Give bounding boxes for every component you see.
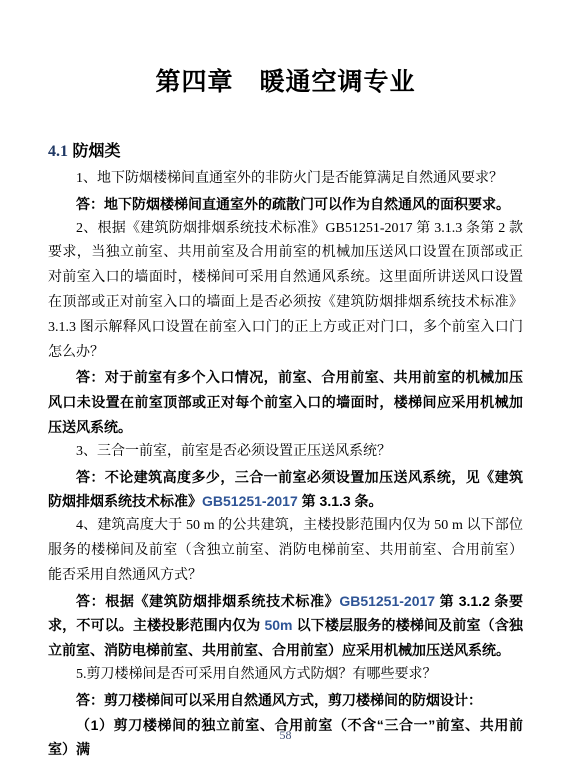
answer-paragraph: 答：不论建筑高度多少，三合一前室必须设置加压送风系统，见《建筑防烟排烟系统技术标… bbox=[48, 465, 523, 515]
text-run: 1、地下防烟楼梯间直通室外的非防火门是否能算满足自然通风要求？ bbox=[76, 171, 503, 186]
page-number: 58 bbox=[0, 728, 571, 743]
answer-paragraph: 答：地下防烟楼梯间直通室外的疏散门可以作为自然通风的面积要求。 bbox=[48, 192, 523, 217]
text-run: 5.剪刀楼梯间是否可采用自然通风方式防烟？有哪些要求？ bbox=[76, 667, 437, 682]
answer-paragraph: 答：剪刀楼梯间可以采用自然通风方式，剪刀楼梯间的防烟设计： bbox=[48, 688, 523, 713]
text-run: 答：地下防烟楼梯间直通室外的疏散门可以作为自然通风的面积要求。 bbox=[76, 196, 510, 212]
question-paragraph: 1、地下防烟楼梯间直通室外的非防火门是否能算满足自然通风要求？ bbox=[48, 167, 523, 192]
answer-paragraph: 答：对于前室有多个入口情况，前室、合用前室、共用前室的机械加压风口未设置在前室顶… bbox=[48, 365, 523, 439]
question-paragraph: 4、建筑高度大于 50 m 的公共建筑，主楼投影范围内仅为 50 m 以下部位服… bbox=[48, 514, 523, 588]
text-run: 答：根据《建筑防烟排烟系统技术标准》 bbox=[76, 593, 339, 609]
question-paragraph: 3、三合一前室，前室是否必须设置正压送风系统？ bbox=[48, 440, 523, 465]
standard-code-reference: GB51251-2017 bbox=[202, 493, 298, 509]
standard-code-reference: GB51251-2017 bbox=[339, 593, 435, 609]
section-title: 防烟类 bbox=[72, 143, 120, 160]
standard-code-reference: 50m bbox=[264, 617, 292, 633]
text-run: 第 3.1.3 条。 bbox=[298, 493, 383, 509]
text-run: 4、建筑高度大于 50 m 的公共建筑，主楼投影范围内仅为 50 m 以下部位服… bbox=[48, 518, 523, 583]
text-run: 答：对于前室有多个入口情况，前室、合用前室、共用前室的机械加压风口未设置在前室顶… bbox=[48, 369, 523, 435]
text-run: 2、根据《建筑防烟排烟系统技术标准》GB51251-2017 第 3.1.3 条… bbox=[48, 221, 523, 360]
document-page: 第四章 暖通空调专业 4.1 防烟类 1、地下防烟楼梯间直通室外的非防火门是否能… bbox=[0, 0, 571, 775]
section-heading: 4.1 防烟类 bbox=[48, 138, 120, 161]
text-run: 答：剪刀楼梯间可以采用自然通风方式，剪刀楼梯间的防烟设计： bbox=[76, 692, 482, 708]
question-paragraph: 2、根据《建筑防烟排烟系统技术标准》GB51251-2017 第 3.1.3 条… bbox=[48, 217, 523, 366]
section-number: 4.1 bbox=[48, 143, 68, 160]
chapter-title: 第四章 暖通空调专业 bbox=[0, 62, 571, 98]
text-run: 3、三合一前室，前室是否必须设置正压送风系统？ bbox=[76, 444, 391, 459]
question-paragraph: 5.剪刀楼梯间是否可采用自然通风方式防烟？有哪些要求？ bbox=[48, 663, 523, 688]
answer-paragraph: 答：根据《建筑防烟排烟系统技术标准》GB51251-2017 第 3.1.2 条… bbox=[48, 589, 523, 663]
body-paragraphs: 1、地下防烟楼梯间直通室外的非防火门是否能算满足自然通风要求？答：地下防烟楼梯间… bbox=[48, 167, 523, 762]
